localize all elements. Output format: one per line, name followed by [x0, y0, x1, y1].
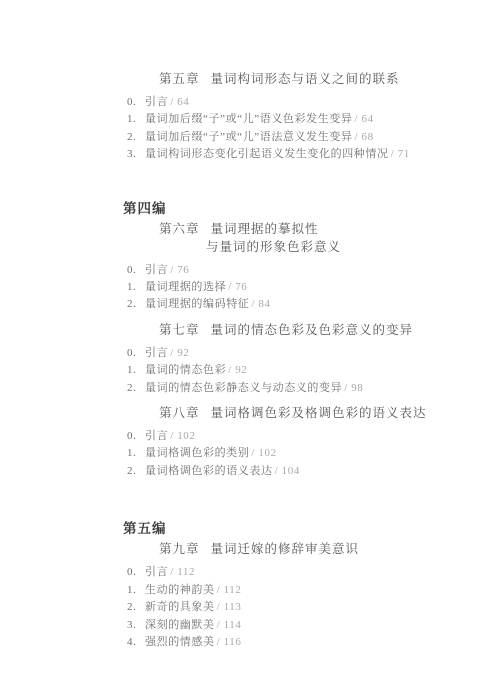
item-number: 1. — [127, 362, 141, 379]
chapter-title: 量词构词形态与语义之间的联系 — [211, 72, 400, 86]
chapter-title-row: 第五章量词构词形态与语义之间的联系 — [159, 71, 502, 88]
toc-item: 1.生动的神韵美/ 112 — [127, 582, 502, 599]
item-page-ref: / 68 — [355, 131, 374, 143]
item-page-ref: / 112 — [217, 584, 242, 596]
toc-item: 0.引言/ 64 — [127, 94, 502, 111]
item-page-ref: / 64 — [170, 96, 189, 108]
item-number: 0. — [127, 345, 141, 362]
chapter-block-6: 第六章量词理据的摹拟性 与量词的形象色彩意义 0.引言/ 76 1.量词理据的选… — [0, 221, 502, 314]
item-page-ref: / 71 — [391, 148, 410, 160]
item-title: 量词的情态色彩静态义与动态义的变异 — [145, 382, 342, 394]
toc-item: 1.量词理据的选择/ 76 — [127, 279, 502, 296]
chapter-number: 第八章 — [159, 406, 200, 420]
toc-item: 2.量词格调色彩的语义表达/ 104 — [127, 463, 502, 480]
item-title: 强烈的情感美 — [145, 636, 215, 648]
toc-item: 0.引言/ 102 — [127, 428, 502, 445]
item-number: 2. — [127, 380, 141, 397]
item-number: 2. — [127, 129, 141, 146]
chapter-number: 第六章 — [159, 222, 200, 236]
toc-item: 2.量词的情态色彩静态义与动态义的变异/ 98 — [127, 380, 502, 397]
item-page-ref: / 92 — [228, 364, 247, 376]
item-title: 引言 — [145, 347, 168, 359]
item-page-ref: / 92 — [170, 347, 189, 359]
toc-item: 4.强烈的情感美/ 116 — [127, 634, 502, 651]
item-number: 0. — [127, 428, 141, 445]
toc-item: 0.引言/ 76 — [127, 262, 502, 279]
item-title: 引言 — [145, 430, 168, 442]
item-page-ref: / 116 — [217, 636, 242, 648]
toc-item: 3.量词构词形态变化引起语义发生变化的四种情况/ 71 — [127, 146, 502, 163]
item-number: 2. — [127, 599, 141, 616]
item-title: 深刻的幽默美 — [145, 619, 215, 631]
item-page-ref: / 84 — [251, 298, 270, 310]
item-number: 1. — [127, 445, 141, 462]
item-number: 0. — [127, 94, 141, 111]
item-title: 量词的情态色彩 — [145, 364, 226, 376]
item-title: 量词理据的选择 — [145, 281, 226, 293]
chapter-title: 量词迁嫁的修辞审美意识 — [211, 542, 360, 556]
item-page-ref: / 112 — [170, 566, 195, 578]
toc-item: 0.引言/ 112 — [127, 564, 502, 581]
item-number: 3. — [127, 617, 141, 634]
item-page-ref: / 102 — [251, 447, 276, 459]
chapter-title: 量词理据的摹拟性 — [211, 222, 319, 236]
chapter-title: 量词格调色彩及格调色彩的语义表达 — [211, 406, 427, 420]
toc-page: 第五章量词构词形态与语义之间的联系 0.引言/ 64 1.量词加后缀“子”或“儿… — [0, 0, 502, 677]
item-page-ref: / 114 — [217, 619, 242, 631]
toc-item: 1.量词的情态色彩/ 92 — [127, 362, 502, 379]
chapter-block-9: 第九章量词迁嫁的修辞审美意识 0.引言/ 112 1.生动的神韵美/ 112 2… — [0, 541, 502, 651]
item-number: 0. — [127, 564, 141, 581]
chapter-block-5: 第五章量词构词形态与语义之间的联系 0.引言/ 64 1.量词加后缀“子”或“儿… — [0, 71, 502, 164]
toc-item: 0.引言/ 92 — [127, 345, 502, 362]
item-page-ref: / 104 — [275, 465, 300, 477]
item-number: 1. — [127, 279, 141, 296]
chapter-number: 第五章 — [159, 72, 200, 86]
item-title: 新奇的具象美 — [145, 601, 215, 613]
chapter-title-row: 第七章量词的情态色彩及色彩意义的变异 — [159, 322, 502, 339]
item-page-ref: / 76 — [228, 281, 247, 293]
chapter-title-line2: 与量词的形象色彩意义 — [206, 239, 502, 256]
chapter-title-row: 第八章量词格调色彩及格调色彩的语义表达 — [159, 405, 502, 422]
item-title: 引言 — [145, 96, 168, 108]
item-title: 引言 — [145, 264, 168, 276]
chapter-title-row: 第六章量词理据的摹拟性 — [159, 221, 502, 238]
item-number: 3. — [127, 146, 141, 163]
item-page-ref: / 76 — [170, 264, 189, 276]
chapter-block-8: 第八章量词格调色彩及格调色彩的语义表达 0.引言/ 102 1.量词格调色彩的类… — [0, 405, 502, 480]
chapter-number: 第九章 — [159, 542, 200, 556]
item-title: 量词加后缀“子”或“儿”语法意义发生变异 — [145, 131, 353, 143]
item-page-ref: / 98 — [344, 382, 363, 394]
part-heading-4: 第四编 — [123, 200, 502, 218]
part-heading-5: 第五编 — [123, 520, 502, 538]
item-title: 量词格调色彩的语义表达 — [145, 465, 273, 477]
chapter-title-row: 第九章量词迁嫁的修辞审美意识 — [159, 541, 502, 558]
item-title: 引言 — [145, 566, 168, 578]
toc-item: 2.量词加后缀“子”或“儿”语法意义发生变异/ 68 — [127, 129, 502, 146]
item-number: 2. — [127, 296, 141, 313]
chapter-title: 量词的情态色彩及色彩意义的变异 — [211, 323, 414, 337]
chapter-number: 第七章 — [159, 323, 200, 337]
toc-item: 2.量词理据的编码特征/ 84 — [127, 296, 502, 313]
toc-item: 1.量词加后缀“子”或“儿”语义色彩发生变异/ 64 — [127, 111, 502, 128]
item-title: 量词理据的编码特征 — [145, 298, 249, 310]
item-number: 0. — [127, 262, 141, 279]
item-title: 量词加后缀“子”或“儿”语义色彩发生变异 — [145, 113, 353, 125]
item-title: 量词构词形态变化引起语义发生变化的四种情况 — [145, 148, 389, 160]
toc-item: 2.新奇的具象美/ 113 — [127, 599, 502, 616]
item-number: 4. — [127, 634, 141, 651]
toc-item: 1.量词格调色彩的类别/ 102 — [127, 445, 502, 462]
toc-item: 3.深刻的幽默美/ 114 — [127, 617, 502, 634]
item-number: 1. — [127, 111, 141, 128]
chapter-block-7: 第七章量词的情态色彩及色彩意义的变异 0.引言/ 92 1.量词的情态色彩/ 9… — [0, 322, 502, 397]
item-number: 1. — [127, 582, 141, 599]
item-page-ref: / 113 — [217, 601, 242, 613]
item-title: 量词格调色彩的类别 — [145, 447, 249, 459]
item-page-ref: / 64 — [355, 113, 374, 125]
item-page-ref: / 102 — [170, 430, 195, 442]
item-title: 生动的神韵美 — [145, 584, 215, 596]
item-number: 2. — [127, 463, 141, 480]
